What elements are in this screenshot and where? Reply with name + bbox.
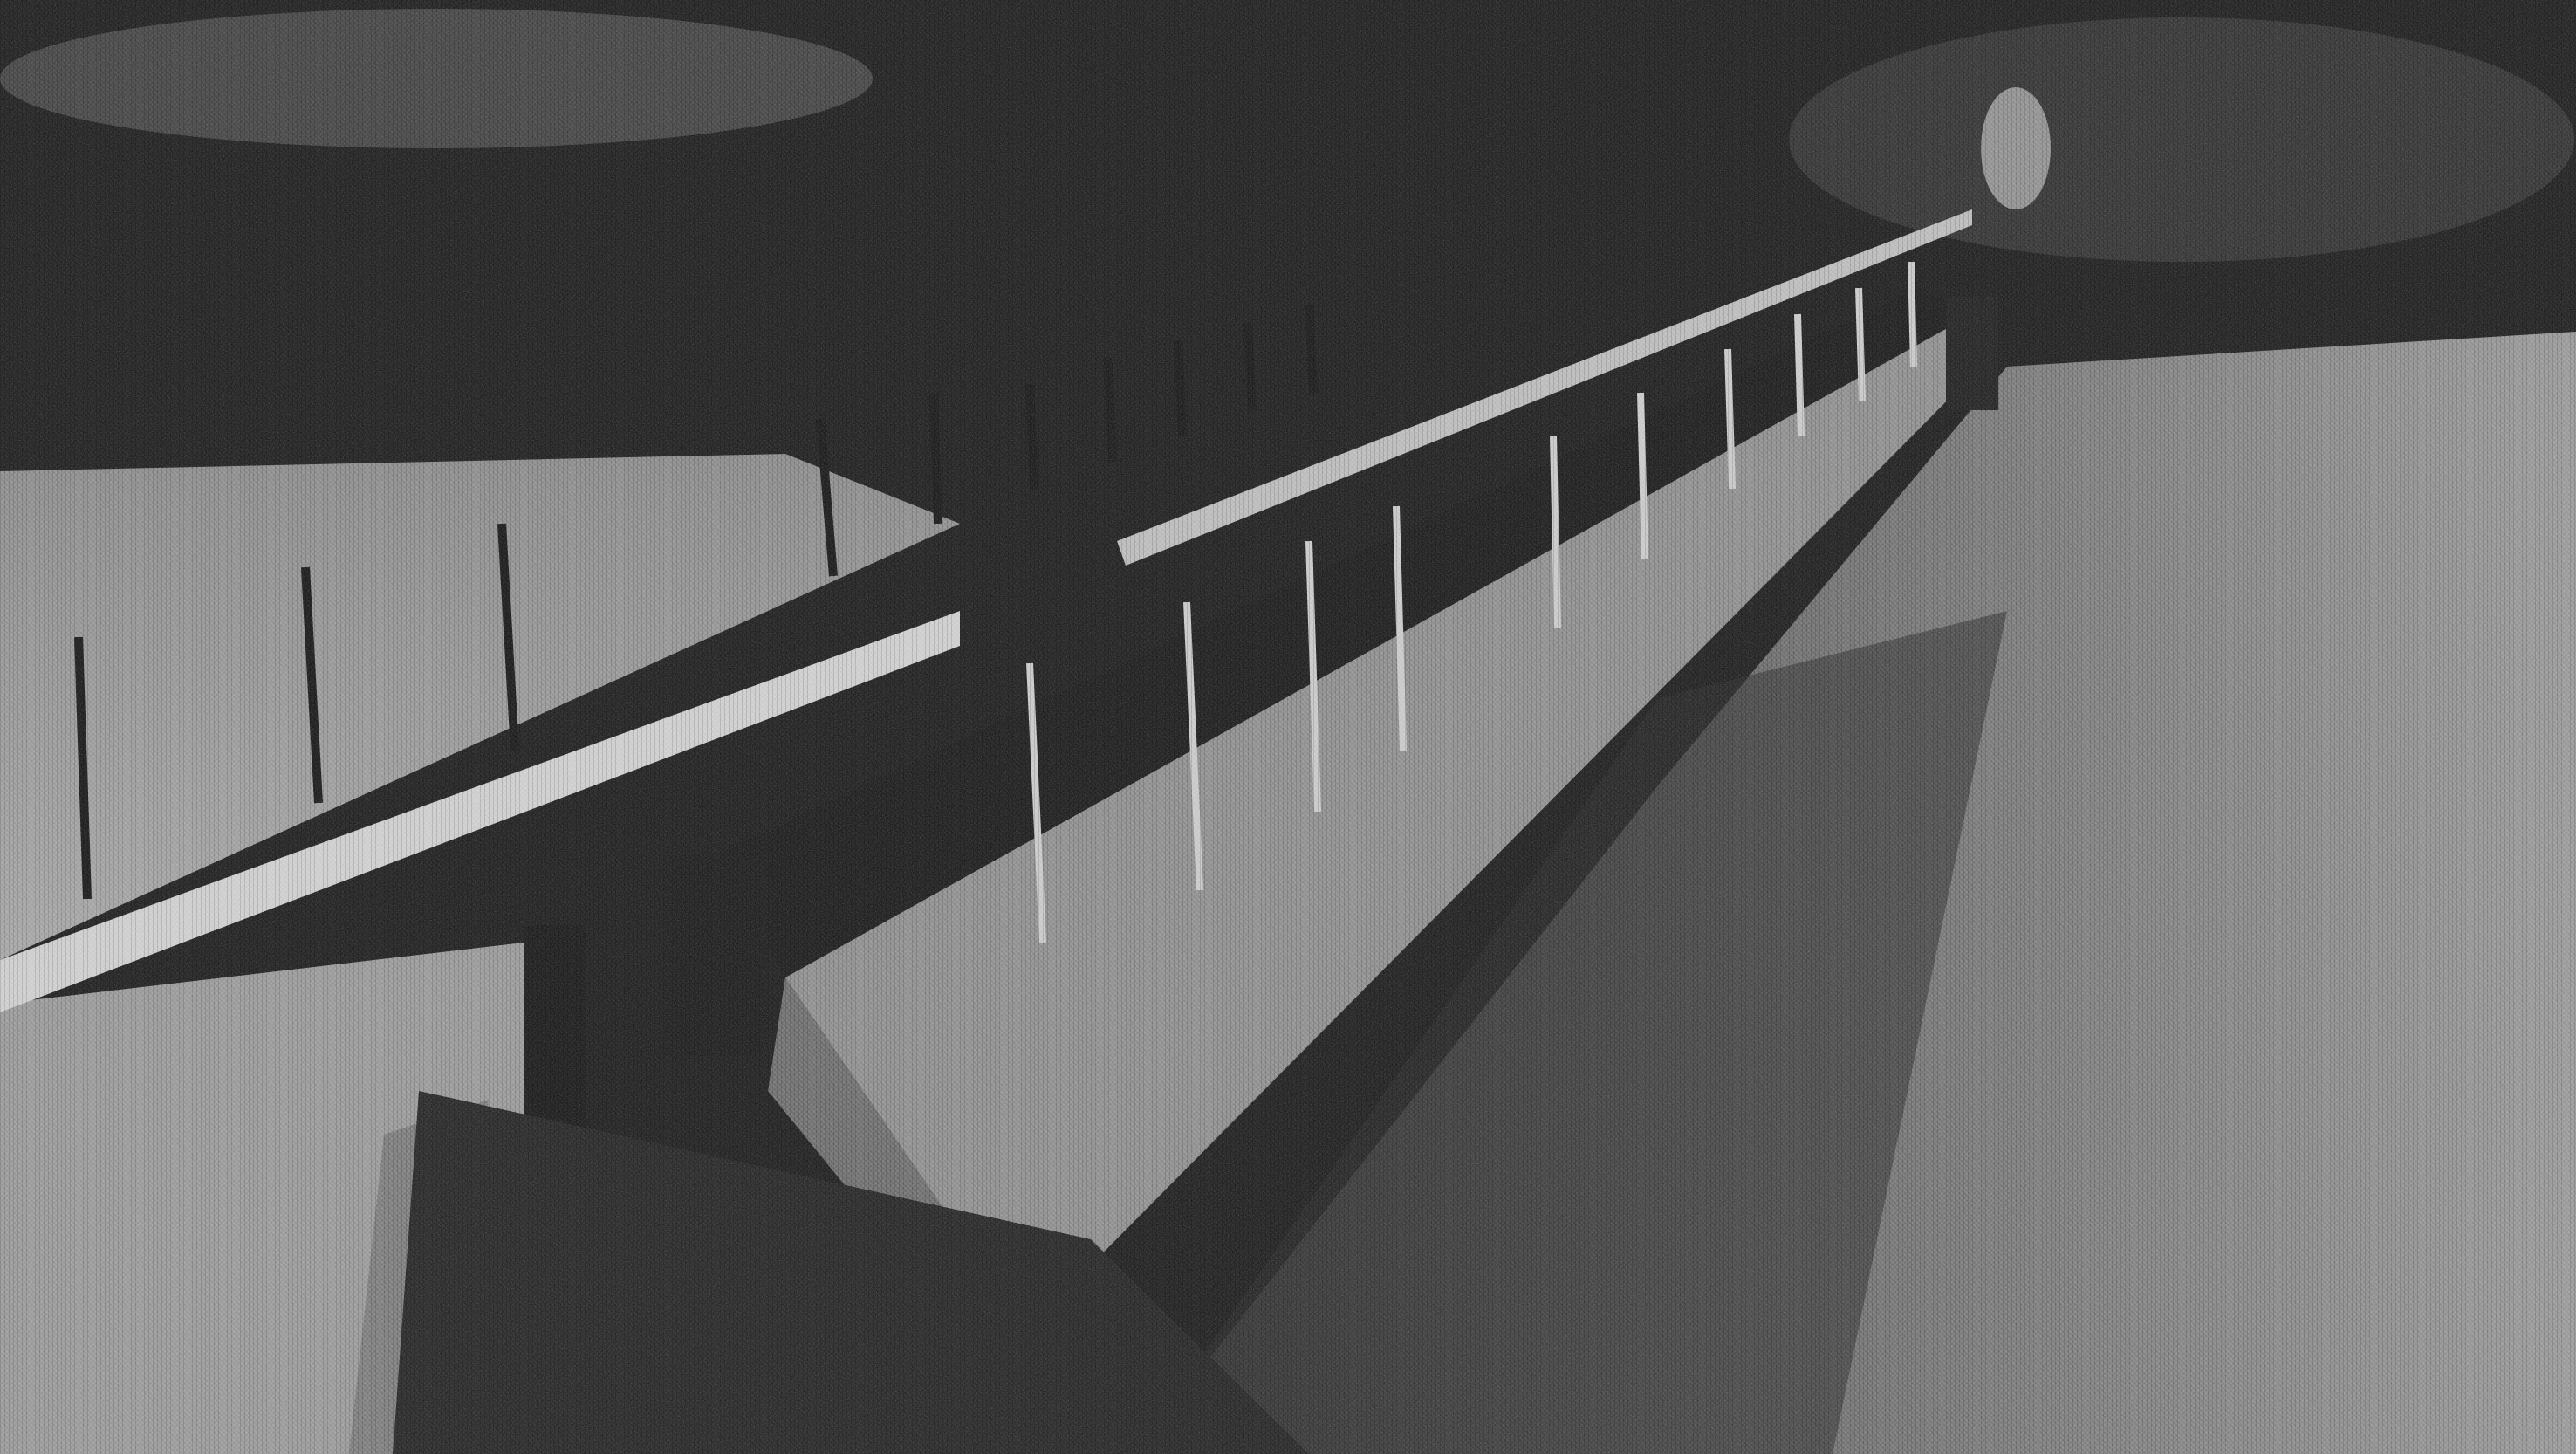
halftone-noise: [0, 0, 2576, 1454]
bridge-scene: [0, 0, 2576, 1454]
newspaper-photograph: [0, 0, 2576, 1454]
